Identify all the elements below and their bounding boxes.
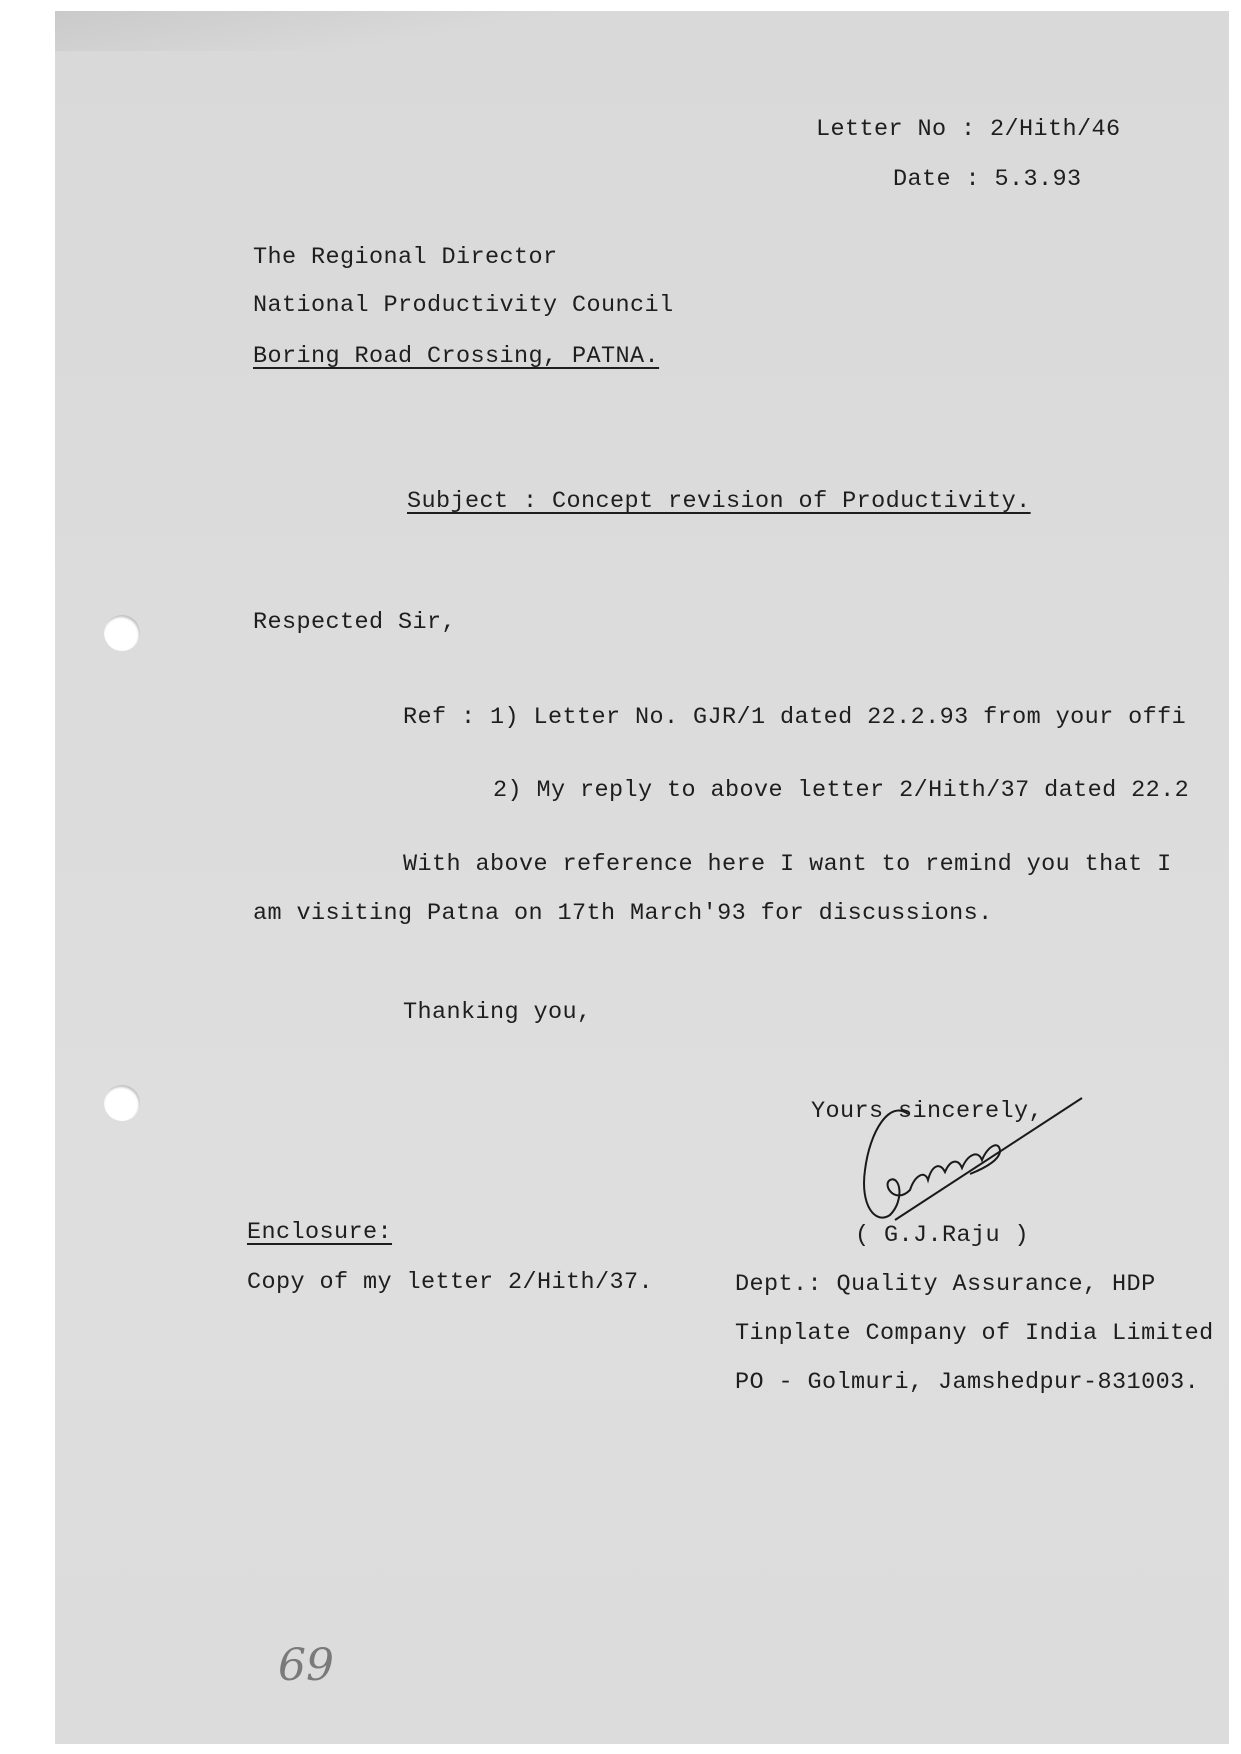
salutation: Respected Sir, — [253, 611, 456, 635]
sender-dept: Dept.: Quality Assurance, HDP — [735, 1273, 1156, 1297]
punch-hole-top — [104, 615, 140, 651]
body-line-2: am visiting Patna on 17th March'93 for d… — [253, 902, 993, 926]
closing: Thanking you, — [403, 1001, 592, 1025]
enclosure-label: Enclosure: — [247, 1221, 392, 1245]
handwritten-page-number: 69 — [278, 1640, 334, 1691]
letter-date: Date : 5.3.93 — [893, 168, 1082, 192]
signatory-name: ( G.J.Raju ) — [855, 1224, 1029, 1248]
recipient-line-1: The Regional Director — [253, 246, 558, 270]
enclosure-item: Copy of my letter 2/Hith/37. — [247, 1271, 653, 1295]
body-line-1: With above reference here I want to remi… — [403, 853, 1172, 877]
signature — [850, 1090, 1090, 1240]
sender-company: Tinplate Company of India Limited — [735, 1322, 1214, 1346]
letter-number: Letter No : 2/Hith/46 — [816, 118, 1121, 142]
sender-po: PO - Golmuri, Jamshedpur-831003. — [735, 1371, 1199, 1395]
recipient-line-3: Boring Road Crossing, PATNA. — [253, 345, 659, 369]
reference-2-wrap: 2) My reply to above letter 2/Hith/37 da… — [493, 777, 1229, 809]
reference-1: Ref : 1) Letter No. GJR/1 dated 22.2.93 … — [403, 706, 1186, 730]
subject-line: Subject : Concept revision of Productivi… — [407, 490, 1031, 514]
recipient-line-2: National Productivity Council — [253, 294, 674, 318]
sender-company-wrap: Tinplate Company of India Limited — [735, 1318, 1229, 1350]
reference-1-wrap: Ref : 1) Letter No. GJR/1 dated 22.2.93 … — [403, 704, 1229, 736]
punch-hole-bottom — [104, 1085, 140, 1121]
reference-2: 2) My reply to above letter 2/Hith/37 da… — [493, 779, 1189, 803]
